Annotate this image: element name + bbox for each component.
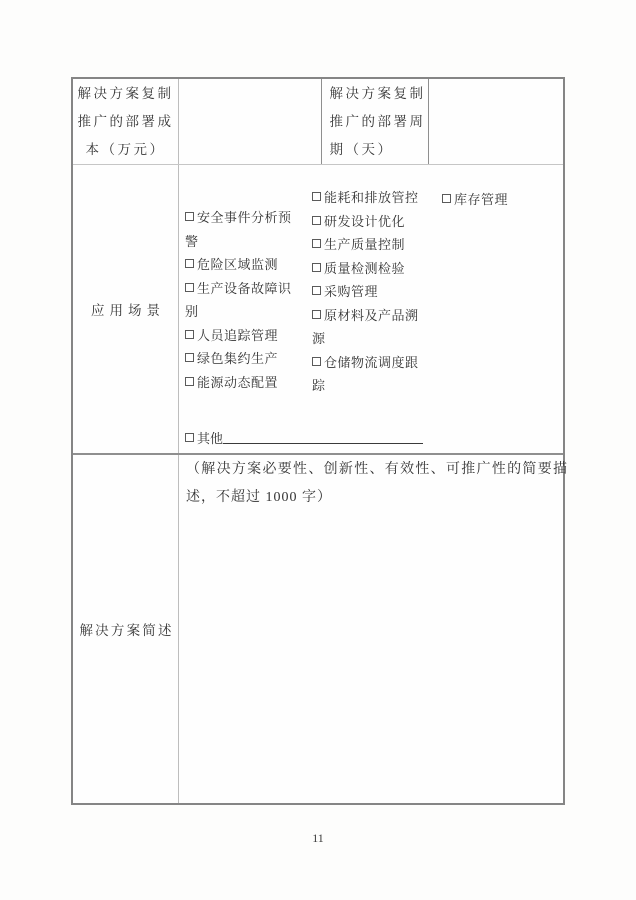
- deploy-cost-label: 解决方案复制推广的部署成本（万元）: [77, 80, 175, 164]
- solution-form-table: 解决方案复制推广的部署成本（万元） 解决方案复制推广的部署周期（天） 应用场景 …: [71, 77, 565, 805]
- scenario-checkbox-item: 采购管理: [312, 280, 430, 304]
- checkbox-icon: [312, 310, 321, 319]
- scenario-checkbox-item: 原材料及产品溯源: [312, 304, 430, 351]
- checkbox-icon: [312, 263, 321, 272]
- deploy-cost-label-cell: 解决方案复制推广的部署成本（万元）: [73, 79, 179, 164]
- scenario-checkbox-item: 仓储物流调度跟踪: [312, 351, 430, 398]
- fill-in-blank-line: [223, 431, 423, 444]
- page-number: 11: [0, 831, 636, 846]
- scenario-option-label: 生产质量控制: [324, 237, 405, 252]
- scenario-option-label: 危险区域监测: [197, 257, 278, 272]
- scenario-checkbox-item: 安全事件分析预警: [185, 206, 303, 253]
- scenario-option-label: 能源动态配置: [197, 375, 278, 390]
- checkbox-icon: [442, 194, 451, 203]
- other-option-label: 其他: [197, 431, 223, 446]
- checkbox-icon: [312, 357, 321, 366]
- scenario-option-label: 安全事件分析预警: [185, 210, 292, 249]
- deploy-cycle-label: 解决方案复制推广的部署周期（天）: [323, 80, 428, 164]
- checkbox-icon: [312, 286, 321, 295]
- scenario-checkbox-item: 危险区域监测: [185, 253, 303, 277]
- scenario-other-option: 其他: [185, 431, 423, 447]
- scenario-checkbox-item: 质量检测检验: [312, 257, 430, 281]
- summary-label-cell: 解决方案简述: [73, 455, 179, 803]
- scenario-option-label: 研发设计优化: [324, 214, 405, 229]
- summary-row-label: 解决方案简述: [79, 619, 173, 639]
- checkbox-icon: [185, 283, 194, 292]
- scenarios-label-cell: 应用场景: [73, 165, 179, 453]
- scenario-option-label: 绿色集约生产: [197, 351, 278, 366]
- checkbox-icon: [185, 433, 194, 442]
- scenario-option-label: 仓储物流调度跟踪: [312, 355, 419, 394]
- deploy-cycle-value-cell: [429, 79, 563, 164]
- checkbox-icon: [185, 259, 194, 268]
- scenario-option-label: 生产设备故障识别: [185, 281, 292, 320]
- scenario-checkbox-item: 研发设计优化: [312, 210, 430, 234]
- scenario-option-label: 人员追踪管理: [197, 328, 278, 343]
- scenarios-options-cell: 安全事件分析预警 危险区域监测 生产设备故障识别 人员追踪管理 绿色集约生产 能…: [179, 165, 563, 453]
- scenario-checkbox-item: 能源动态配置: [185, 371, 303, 395]
- scenario-option-label: 原材料及产品溯源: [312, 308, 419, 347]
- application-scenarios-row: 应用场景 安全事件分析预警 危险区域监测 生产设备故障识别 人员追踪管理 绿色集…: [73, 165, 563, 455]
- scenario-checkbox-column-3: 库存管理: [442, 188, 542, 212]
- scenario-option-label: 库存管理: [454, 192, 508, 207]
- scenario-option-label: 质量检测检验: [324, 261, 405, 276]
- deployment-row: 解决方案复制推广的部署成本（万元） 解决方案复制推广的部署周期（天）: [73, 79, 563, 165]
- checkbox-icon: [312, 239, 321, 248]
- scenario-checkbox-item: 人员追踪管理: [185, 324, 303, 348]
- summary-hint-text: （解决方案必要性、创新性、有效性、可推广性的简要描述，不超过 1000 字）: [179, 455, 568, 511]
- scenario-option-label: 能耗和排放管控: [324, 190, 419, 205]
- document-page: 解决方案复制推广的部署成本（万元） 解决方案复制推广的部署周期（天） 应用场景 …: [0, 0, 636, 900]
- scenarios-row-label: 应用场景: [91, 299, 165, 319]
- checkbox-icon: [185, 212, 194, 221]
- checkbox-icon: [312, 216, 321, 225]
- scenario-checkbox-item: 绿色集约生产: [185, 347, 303, 371]
- summary-content-cell: （解决方案必要性、创新性、有效性、可推广性的简要描述，不超过 1000 字）: [179, 455, 568, 803]
- scenario-checkbox-item: 能耗和排放管控: [312, 186, 430, 210]
- deploy-cycle-label-cell: 解决方案复制推广的部署周期（天）: [322, 79, 429, 164]
- scenario-checkbox-item: 库存管理: [442, 188, 542, 212]
- checkbox-icon: [312, 192, 321, 201]
- deploy-cost-value-cell: [179, 79, 322, 164]
- scenario-checkbox-item: 生产质量控制: [312, 233, 430, 257]
- scenario-checkbox-column-1: 安全事件分析预警 危险区域监测 生产设备故障识别 人员追踪管理 绿色集约生产 能…: [185, 206, 303, 394]
- checkbox-icon: [185, 353, 194, 362]
- checkbox-icon: [185, 377, 194, 386]
- scenario-checkbox-item: 生产设备故障识别: [185, 277, 303, 324]
- scenario-option-label: 采购管理: [324, 284, 378, 299]
- scenario-checkbox-column-2: 能耗和排放管控 研发设计优化 生产质量控制 质量检测检验 采购管理 原材料及产品…: [312, 186, 430, 398]
- solution-summary-row: 解决方案简述 （解决方案必要性、创新性、有效性、可推广性的简要描述，不超过 10…: [73, 455, 563, 803]
- checkbox-icon: [185, 330, 194, 339]
